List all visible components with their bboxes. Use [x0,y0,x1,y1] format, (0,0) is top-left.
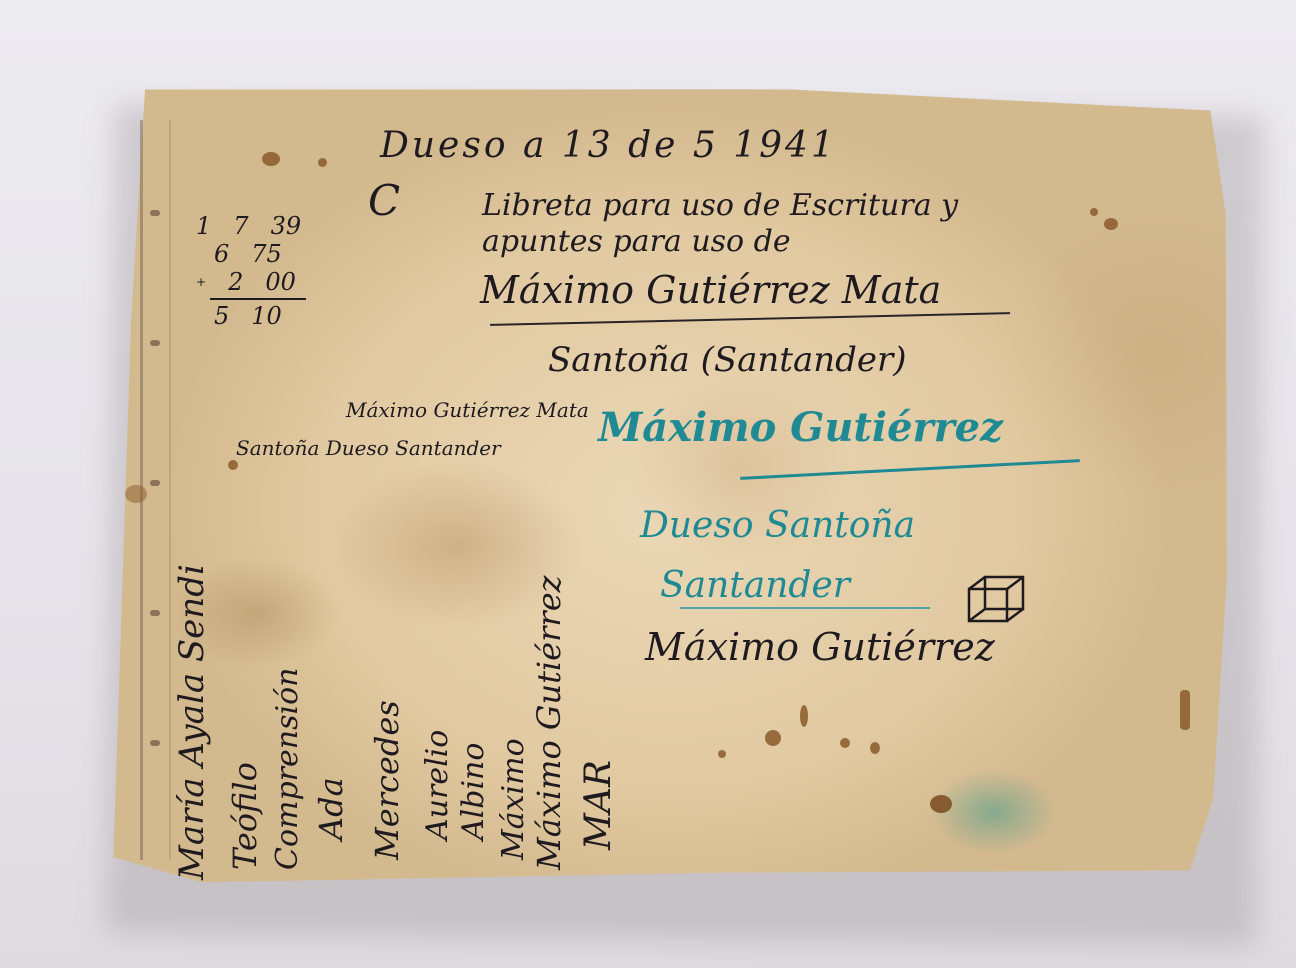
sum-row: 6 75 [196,240,306,268]
ink-stain [1180,690,1190,730]
sum-divider [210,298,306,300]
sum-cell: 75 [251,240,282,268]
vertical-name: Ada [312,777,350,840]
title-line-1: Libreta para uso de Escritura y [482,188,958,223]
sum-cell: 2 [228,268,243,296]
small-black-name: Máximo Gutiérrez Mata [346,398,589,422]
spine-stitch [150,480,160,486]
blue-signature-name: Máximo Gutiérrez [598,404,1003,451]
sum-cell: 1 [196,212,211,240]
vertical-name: Comprensión [270,668,305,870]
spine-stitch [150,610,160,616]
vertical-name: Máximo [496,738,531,860]
date-line: Dueso a 13 de 5 1941 [380,125,837,166]
sum-cell: 39 [271,212,302,240]
spine-stitch [150,340,160,346]
title-line-2: apuntes para uso de [482,224,791,259]
small-black-place: Santoña Dueso Santander [236,436,501,460]
sum-row: 1 7 39 [196,212,306,240]
ink-stain [870,742,880,754]
ink-stain [718,750,726,758]
vertical-name: Aurelio [420,730,455,840]
sum-total-cell: 10 [251,302,282,330]
cube-sketch-icon [965,573,1029,625]
ink-stain [930,795,952,813]
blue-place-1: Dueso Santoña [640,505,915,546]
sum-cell: 6 [214,240,229,268]
spine-stitch [150,740,160,746]
ink-stain [1090,208,1098,216]
ink-stain [800,705,808,727]
blue-place-2: Santander [660,565,850,606]
owner-name: Máximo Gutiérrez Mata [480,268,941,312]
ink-stain [125,485,147,503]
sum-row: + 2 00 [196,268,306,296]
vertical-name: MAR [578,760,619,850]
margin-mark: C [368,176,400,225]
vertical-name: Albino [456,743,491,840]
ink-stain [1104,218,1118,230]
sum-total-cell: 5 [214,302,229,330]
ink-stain [228,460,238,470]
ink-stain [318,158,327,167]
arithmetic-sum: 1 7 39 6 75 + 2 00 5 10 [196,212,306,330]
vertical-name: Mercedes [368,700,406,860]
sum-total-row: 5 10 [196,302,306,330]
blue-place-underline [680,607,930,609]
ink-stain [765,730,781,746]
sum-cell: + [196,268,206,296]
vertical-name: Máximo Gutiérrez [530,576,568,871]
place-line: Santoña (Santander) [548,340,907,380]
black-signature: Máximo Gutiérrez [645,625,995,669]
ink-stain [262,152,280,166]
spine-stitch [150,210,160,216]
vertical-name: María Ayala Sendi [172,564,212,880]
ink-stain [840,738,850,748]
sum-cell: 00 [265,268,296,296]
sum-cell: 7 [233,212,248,240]
vertical-name: Teófilo [226,762,264,870]
